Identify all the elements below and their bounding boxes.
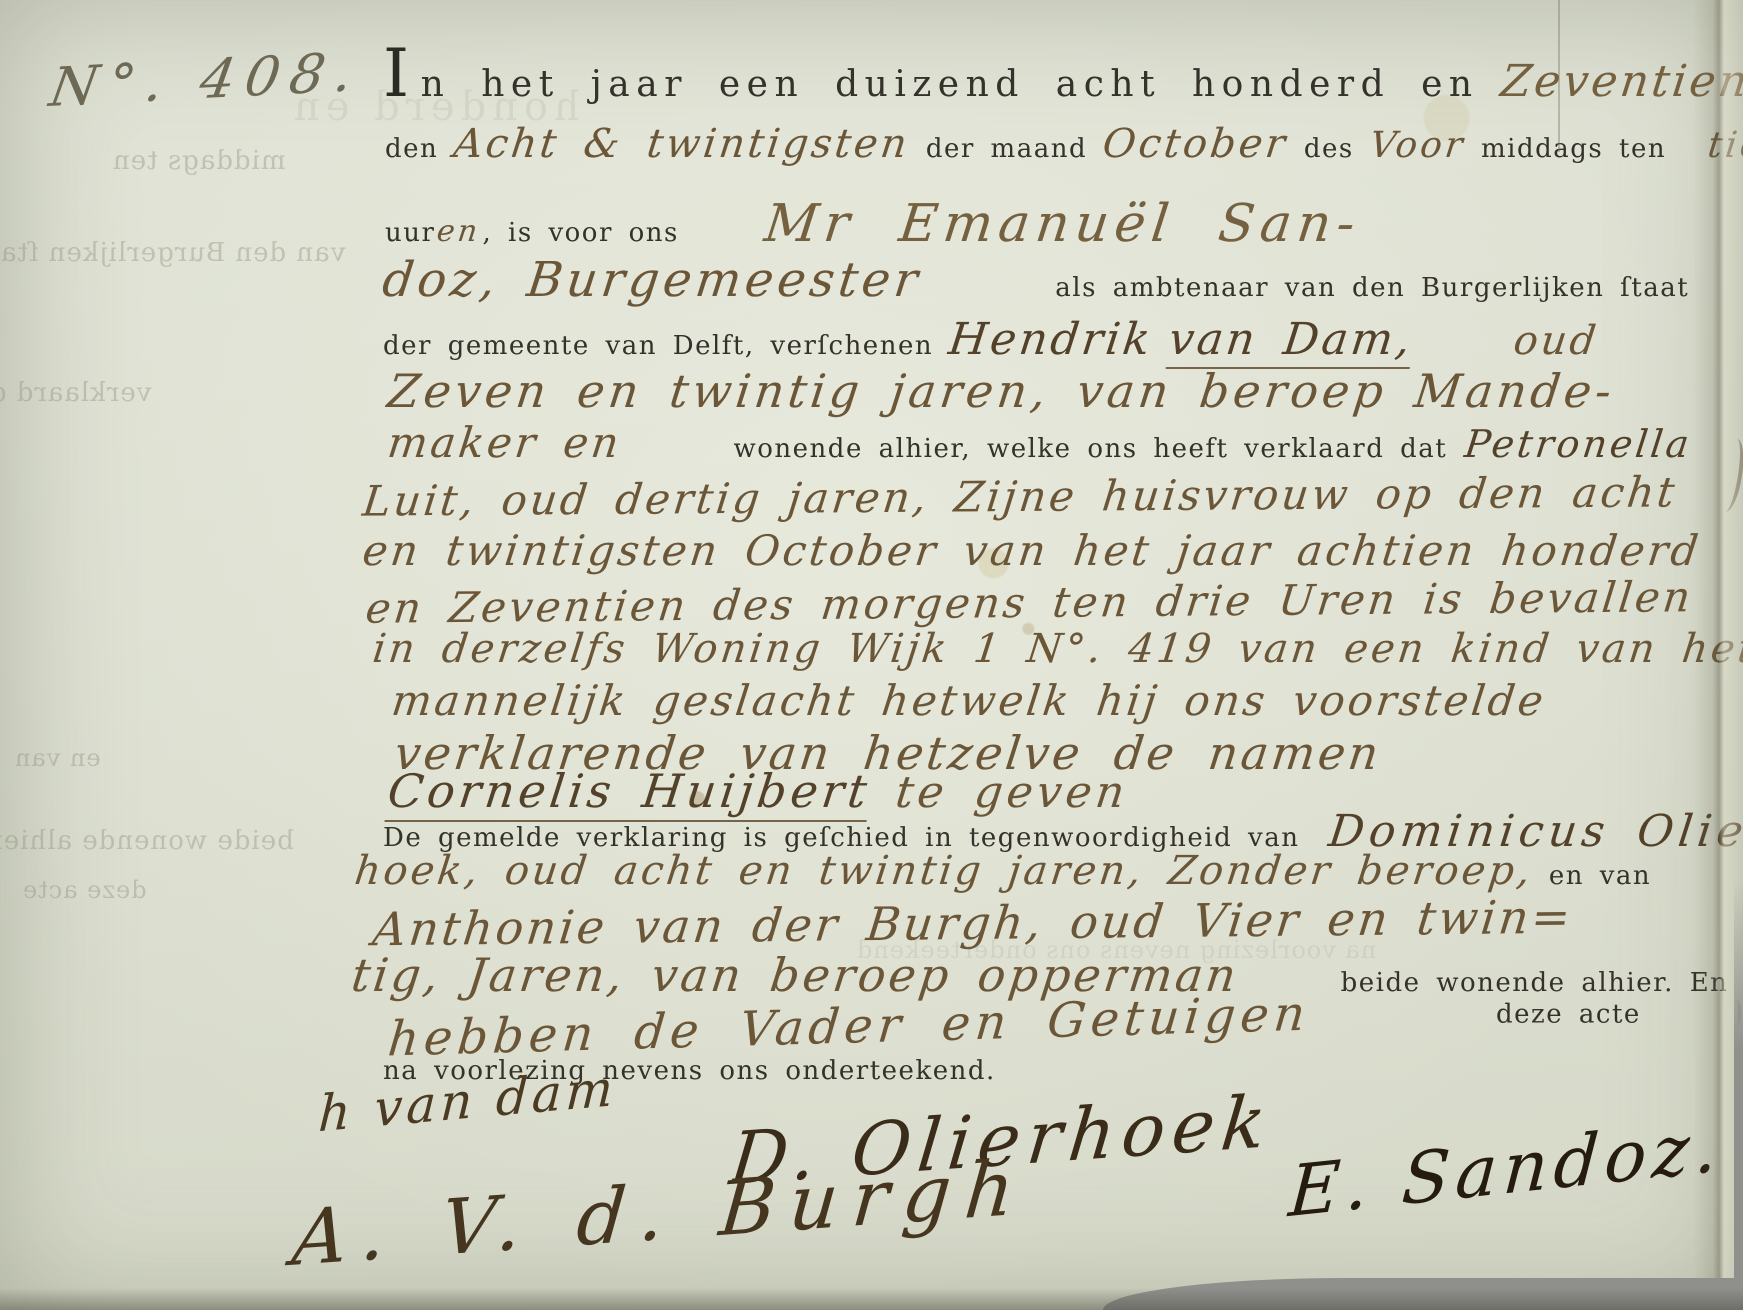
act-line-official-title: doz, Burgemeester als ambtenaar van den … [383,252,1689,308]
handwritten-text: oud [1512,318,1602,364]
handwritten-text: en twintigsten October van het jaar acht… [360,526,1704,575]
act-line-mother: maker en wonende alhier, welke ons heeft… [388,418,1692,467]
act-line-declarant-age: Zeven en twintig jaren, van beroep Mande… [388,364,1615,418]
bleedthrough-text: van den Burgerlijken ſtaat [0,238,345,268]
bleedthrough-text: deze acte [22,876,147,904]
act-line-address: in derzelfs Woning Wijk 1 N°. 419 van ee… [373,626,1743,672]
signature-hendrik-van-dam: h van dam [317,1059,618,1144]
bleedthrough-text: middags ten [112,146,286,176]
signature-anthonie-van-der-burgh: A. V. d. Burgh [289,1142,1032,1283]
handwritten-father-firstname: Hendrik [946,314,1156,365]
page-bottom-shadow [0,1288,1743,1310]
handwritten-official-name: Mr Emanuël San- [761,194,1364,254]
bleedthrough-text: en van [14,744,101,772]
handwritten-text: mannelijk geslacht hetwelk hij ons voors… [389,676,1549,725]
printed-text: als ambtenaar van den Burgerlijken ſtaat [1055,273,1689,303]
printed-text: der maand [926,134,1087,164]
printed-text: wonende alhier, welke ons heeft verklaar… [734,434,1448,464]
scanner-background [1734,880,1743,1310]
act-line-witness-2: Anthonie van der Burgh, oud Vier en twin… [373,890,1574,957]
printed-text: deze acte [1496,1000,1641,1030]
handwritten-text: Luit, oud dertig jaren, Zijne huisvrouw … [360,467,1680,525]
act-line-official: uur en , is voor ons Mr Emanuël San- [385,194,1360,254]
act-line-declarant: der gemeente van Delft, verſchenen Hendr… [383,314,1599,369]
handwritten-text: Zeven en twintig jaren, van beroep Mande… [385,364,1619,418]
printed-text: , is voor ons [483,218,679,248]
act-line-date: den Acht & twintigsten der maand October… [385,121,1743,167]
printed-text: en van [1549,861,1651,891]
handwritten-day: Acht & twintigsten [451,121,912,167]
paper-crease [1558,0,1560,152]
handwritten-text: Voor [1367,125,1467,166]
printed-text: uur [385,218,435,248]
printed-text: n het jaar een duizend acht honderd en [421,64,1479,105]
bleedthrough-text: verklaard das [0,378,151,408]
handwritten-official-name: doz, Burgemeester [380,252,925,308]
handwritten-text: en Zeventien des morgens ten drie Uren i… [363,572,1696,633]
printed-text: den [385,134,438,164]
bleedthrough-text: beide wonende alhier. En [0,826,294,856]
handwritten-month: October [1100,121,1290,167]
act-line-witness-1-age: hoek, oud acht en twintig jaren, Zonder … [355,848,1651,894]
act-line-gender: mannelijk geslacht hetwelk hij ons voors… [392,676,1546,725]
handwritten-mother-firstname: Petronella [1463,422,1695,466]
handwritten-witness2-name: Anthonie van der Burgh, oud Vier en twin… [370,890,1576,957]
act-line-year: I n het jaar een duizend acht honderd en… [383,56,1743,107]
handwritten-text: maker en [385,418,625,467]
handwritten-text: en [435,214,482,249]
printed-text: der gemeente van Delft, verſchenen [383,331,933,361]
printed-text: middags ten [1481,134,1666,164]
signature-emanuel-sandoz: E. Sandoz. [1286,1105,1726,1234]
handwritten-text: in derzelfs Woning Wijk 1 N°. 419 van ee… [370,626,1743,672]
printed-text: des [1304,134,1354,164]
handwritten-father-surname: van Dam, [1165,314,1415,369]
act-line-mother-age: Luit, oud dertig jaren, Zijne huisvrouw … [363,467,1678,525]
handwritten-text: hoek, oud acht en twintig jaren, Zonder … [352,848,1535,894]
act-line-birthdate: en twintigsten October van het jaar acht… [363,526,1701,575]
act-line-birthtime: en Zeventien des morgens ten drie Uren i… [366,572,1693,633]
scanned-birth-record-page: honderd en middags ten van den Burgerlij… [0,0,1743,1310]
